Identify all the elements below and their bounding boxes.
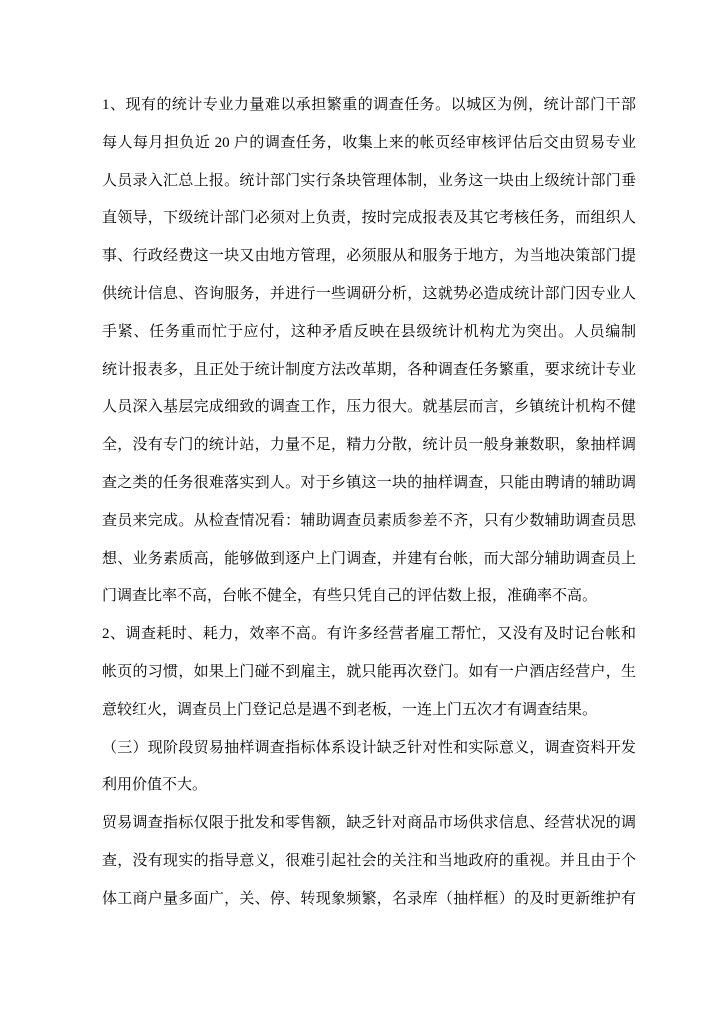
paragraph-3: （三）现阶段贸易抽样调查指标体系设计缺乏针对性和实际意义，调查资料开发利用价值不… [102, 730, 636, 806]
text-line: 门调查比率不高，台帐不健全，有些只凭自己的评估数上报，准确率不高。 [102, 578, 636, 616]
text-line: 查之类的任务很难落实到人。对于乡镇这一块的抽样调查，只能由聘请的辅助调 [102, 465, 636, 503]
text-line: 手紧、任务重而忙于应付，这种矛盾反映在县级统计机构尤为突出。人员编制少， [102, 314, 636, 352]
text-line: 体工商户量多面广，关、停、转现象频繁，名录库（抽样框）的及时更新维护有 [102, 881, 636, 919]
text-line: 贸易调查指标仅限于批发和零售额，缺乏针对商品市场供求信息、经营状况的调 [102, 805, 636, 843]
text-line: 统计报表多，且正处于统计制度方法改革期，各种调查任务繁重，要求统计专业 [102, 352, 636, 390]
text-line: 事、行政经费这一块又由地方管理，必须服从和服务于地方，为当地决策部门提 [102, 238, 636, 276]
text-line: （三）现阶段贸易抽样调查指标体系设计缺乏针对性和实际意义，调查资料开发 [102, 730, 636, 768]
paragraph-1: 1、现有的统计专业力量难以承担繁重的调查任务。以城区为例，统计部门干部每人每月担… [102, 87, 636, 616]
document-text-block: 1、现有的统计专业力量难以承担繁重的调查任务。以城区为例，统计部门干部每人每月担… [102, 87, 636, 919]
text-line: 利用价值不大。 [102, 767, 636, 805]
text-line: 想、业务素质高，能够做到逐户上门调查，并建有台帐，而大部分辅助调查员上 [102, 541, 636, 579]
text-line: 人员深入基层完成细致的调查工作，压力很大。就基层而言，乡镇统计机构不健 [102, 389, 636, 427]
text-line: 直领导，下级统计部门必须对上负责，按时完成报表及其它考核任务，而组织人 [102, 200, 636, 238]
document-page: 1、现有的统计专业力量难以承担繁重的调查任务。以城区为例，统计部门干部每人每月担… [0, 0, 721, 1020]
text-line: 每人每月担负近 20 户的调查任务，收集上来的帐页经审核评估后交由贸易专业 [102, 125, 636, 163]
text-line: 1、现有的统计专业力量难以承担繁重的调查任务。以城区为例，统计部门干部 [102, 87, 636, 125]
text-line: 意较红火，调查员上门登记总是遇不到老板，一连上门五次才有调查结果。 [102, 692, 636, 730]
text-line: 人员录入汇总上报。统计部门实行条块管理体制，业务这一块由上级统计部门垂 [102, 163, 636, 201]
text-line: 全，没有专门的统计站，力量不足，精力分散，统计员一般身兼数职，象抽样调 [102, 427, 636, 465]
paragraph-4: 贸易调查指标仅限于批发和零售额，缺乏针对商品市场供求信息、经营状况的调查，没有现… [102, 805, 636, 918]
text-line: 2、调查耗时、耗力，效率不高。有许多经营者雇工帮忙，又没有及时记台帐和 [102, 616, 636, 654]
text-line: 帐页的习惯，如果上门碰不到雇主，就只能再次登门。如有一户酒店经营户，生 [102, 654, 636, 692]
text-line: 查，没有现实的指导意义，很难引起社会的关注和当地政府的重视。并且由于个 [102, 843, 636, 881]
paragraph-2: 2、调查耗时、耗力，效率不高。有许多经营者雇工帮忙，又没有及时记台帐和帐页的习惯… [102, 616, 636, 729]
text-line: 供统计信息、咨询服务，并进行一些调研分析，这就势必造成统计部门因专业人 [102, 276, 636, 314]
text-line: 查员来完成。从检查情况看：辅助调查员素质参差不齐，只有少数辅助调查员思 [102, 503, 636, 541]
